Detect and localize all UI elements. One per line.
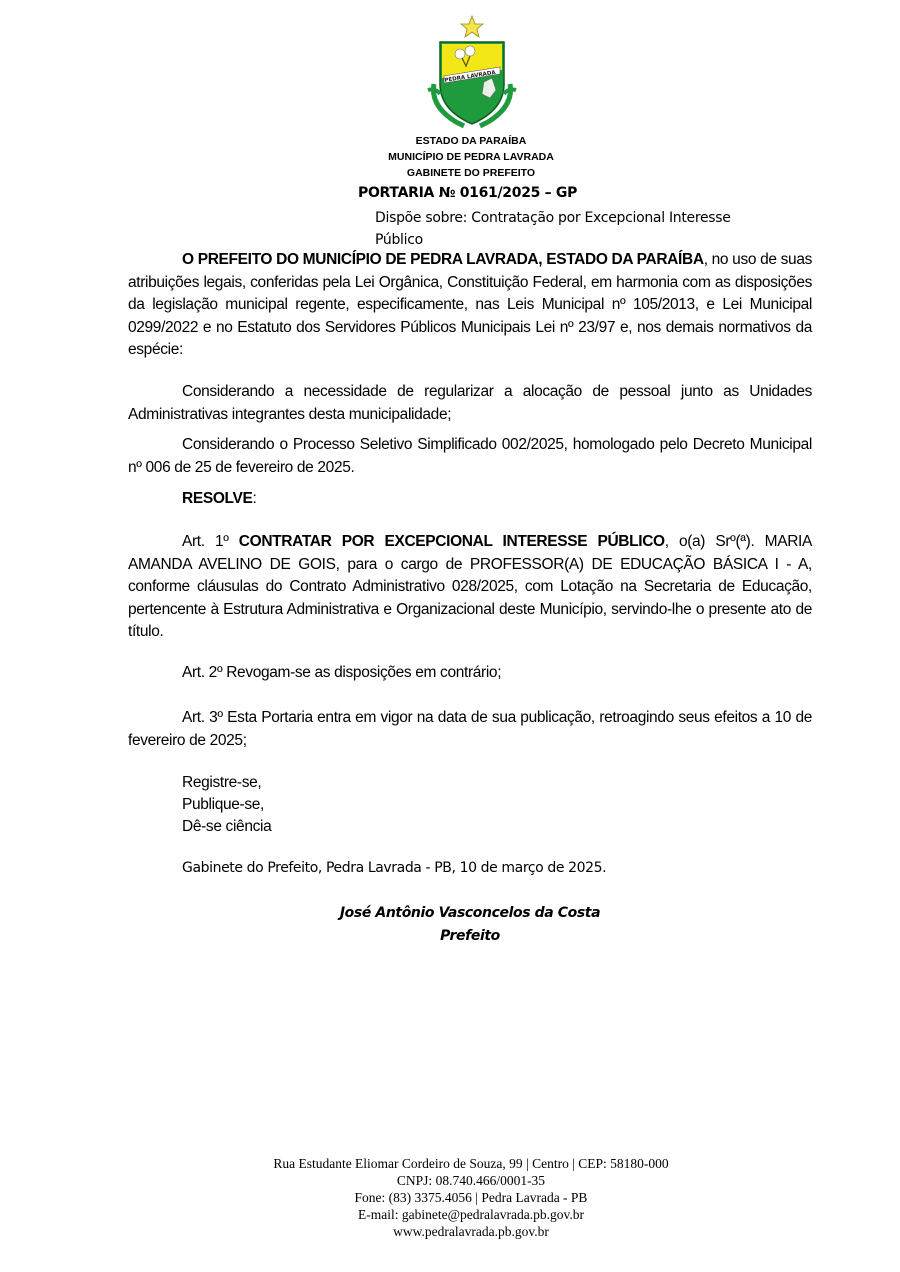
header-state: ESTADO DA PARAÍBA [0,134,900,148]
document-page: PEDRA LAVRADA ESTADO DA PARAÍBA MUNICÍPI… [0,0,900,1272]
ementa-line-2: Público [375,229,775,251]
closing-line-1: Registre-se, [182,772,261,795]
header-municipality: MUNICÍPIO DE PEDRA LAVRADA [0,150,900,164]
closing-line-2: Publique-se, [182,794,264,817]
footer-website: www.pedralavrada.pb.gov.br [200,1223,742,1240]
considerando-2: Considerando o Processo Seletivo Simplif… [128,434,812,479]
considerando-1: Considerando a necessidade de regulariza… [128,381,812,426]
preamble-paragraph: O PREFEITO DO MUNICÍPIO DE PEDRA LAVRADA… [128,249,812,362]
footer-cnpj: CNPJ: 08.740.466/0001-35 [200,1172,742,1189]
signatory-name: José Antônio Vasconcelos da Costa [300,905,640,921]
article-1-action: CONTRATAR POR EXCEPCIONAL INTERESSE PÚBL… [239,533,665,550]
signatory-role: Prefeito [300,928,640,944]
article-3: Art. 3º Esta Portaria entra em vigor na … [128,707,812,752]
header-office: GABINETE DO PREFEITO [0,166,900,180]
closing-line-3: Dê-se ciência [182,816,271,839]
resolve-heading: RESOLVE: [182,488,256,511]
article-1-number: Art. 1º [182,533,239,550]
ementa-line-1: Dispõe sobre: Contratação por Excepciona… [375,207,775,229]
article-2: Art. 2º Revogam-se as disposições em con… [128,662,812,685]
document-title: PORTARIA № 0161/2025 – GP [358,185,577,201]
footer-phone: Fone: (83) 3375.4056 | Pedra Lavrada - P… [200,1189,742,1206]
footer: Rua Estudante Eliomar Cordeiro de Souza,… [200,1155,742,1240]
footer-address: Rua Estudante Eliomar Cordeiro de Souza,… [200,1155,742,1172]
municipal-crest-icon: PEDRA LAVRADA [420,14,524,134]
footer-email: E-mail: gabinete@pedralavrada.pb.gov.br [200,1206,742,1223]
article-1: Art. 1º CONTRATAR POR EXCEPCIONAL INTERE… [128,531,812,644]
document-ementa: Dispõe sobre: Contratação por Excepciona… [375,207,775,251]
preamble-authority: O PREFEITO DO MUNICÍPIO DE PEDRA LAVRADA… [182,251,704,268]
place-and-date: Gabinete do Prefeito, Pedra Lavrada - PB… [182,860,606,876]
